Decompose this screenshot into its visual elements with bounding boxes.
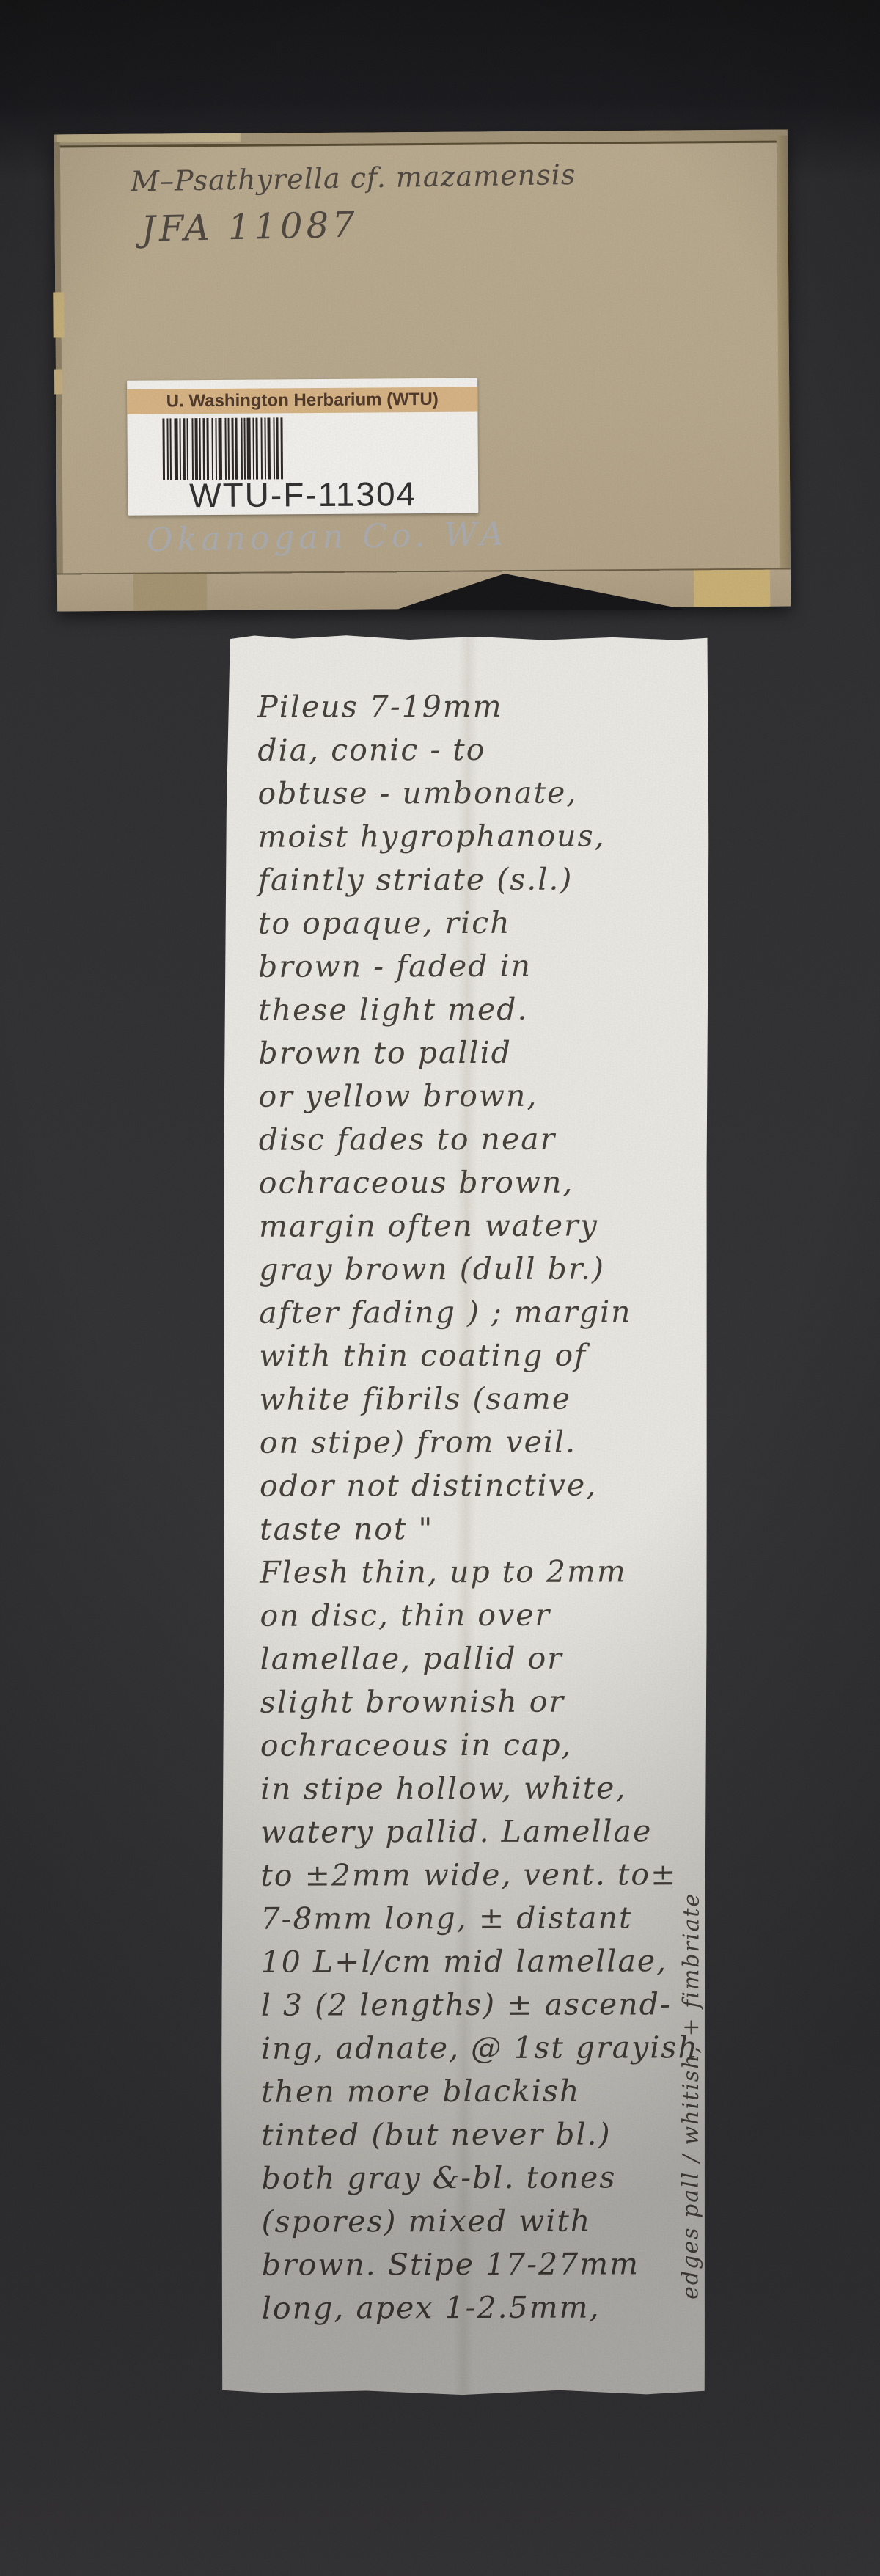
note-line: on disc, thin over: [260, 1593, 678, 1637]
box-accession-handwriting: JFA 11087: [141, 205, 359, 250]
note-line: these light med.: [258, 987, 676, 1031]
note-line: disc fades to near: [259, 1117, 677, 1161]
box-species-handwriting: M–Psathyrella cf. mazamensis: [131, 158, 576, 198]
note-line: lamellae, pallid or: [260, 1636, 678, 1680]
note-line: or yellow brown,: [258, 1074, 676, 1118]
note-line: Flesh thin, up to 2mm: [260, 1550, 678, 1594]
note-line: faintly striate (s.l.): [258, 857, 676, 901]
note-line: gray brown (dull br.): [259, 1247, 677, 1291]
box-lid-tape: [57, 133, 241, 143]
note-line: white fibrils (same: [260, 1377, 678, 1421]
note-line: then more blackish: [261, 2069, 679, 2113]
note-line: margin often watery: [259, 1204, 677, 1248]
note-line: ing, adnate, @ 1st grayish: [261, 2026, 679, 2070]
note-line: on stipe) from veil.: [260, 1420, 678, 1464]
barcode: [162, 417, 443, 480]
box-tape-left-small: [54, 369, 62, 394]
note-line: taste not ": [260, 1507, 678, 1551]
note-line: 7-8mm long, ± distant: [260, 1896, 678, 1940]
handwritten-note-paper: Pileus 7-19mmdia, conic - toobtuse - umb…: [221, 634, 709, 2398]
note-line: with thin coating of: [259, 1333, 677, 1377]
note-line: brown. Stipe 17-27mm: [262, 2242, 680, 2286]
box-bottom-shadow: [395, 574, 689, 610]
note-margin-vertical-text: edges pall / whitish, + fimbriate: [678, 1669, 705, 2299]
note-line: tinted (but never bl.): [261, 2112, 679, 2156]
photo-background: M–Psathyrella cf. mazamensis JFA 11087 U…: [0, 0, 880, 2576]
note-line: to ±2mm wide, vent. to±: [260, 1853, 678, 1897]
box-bottom-tape-left: [133, 574, 207, 611]
note-line: both gray &-bl. tones: [261, 2156, 679, 2200]
note-line: 10 L+l/cm mid lamellae,: [261, 1939, 679, 1983]
box-pencil-location: Okanogan Co. WA: [146, 516, 508, 560]
note-line: ochraceous in cap,: [260, 1723, 678, 1767]
note-line: long, apex 1-2.5mm,: [262, 2286, 680, 2330]
note-line: Pileus 7-19mm: [257, 684, 675, 728]
note-line: (spores) mixed with: [262, 2199, 680, 2243]
specimen-box: M–Psathyrella cf. mazamensis JFA 11087 U…: [54, 130, 791, 612]
note-lines: Pileus 7-19mmdia, conic - toobtuse - umb…: [257, 684, 680, 2330]
herbarium-label: U. Washington Herbarium (WTU) WTU-F-1130…: [127, 378, 478, 515]
note-line: ochraceous brown,: [259, 1160, 677, 1204]
note-line: to opaque, rich: [258, 901, 676, 945]
note-line: in stipe hollow, white,: [260, 1766, 678, 1810]
note-line: odor not distinctive,: [260, 1463, 678, 1507]
box-tape-left: [53, 292, 64, 337]
note-line: moist hygrophanous,: [258, 814, 676, 858]
note-line: after fading ) ; margin: [259, 1290, 677, 1334]
note-line: obtuse - umbonate,: [257, 771, 675, 815]
herbarium-label-institution: U. Washington Herbarium (WTU): [127, 387, 477, 414]
note-line: watery pallid. Lamellae: [260, 1810, 678, 1854]
note-line: brown to pallid: [258, 1031, 676, 1075]
note-line: dia, conic - to: [257, 728, 675, 772]
box-right-edge: [777, 136, 791, 584]
note-line: slight brownish or: [260, 1680, 678, 1724]
note-line: l 3 (2 lengths) ± ascend-: [261, 1983, 679, 2027]
note-line: brown - faded in: [258, 944, 676, 988]
box-bottom-tape-right: [694, 570, 770, 607]
